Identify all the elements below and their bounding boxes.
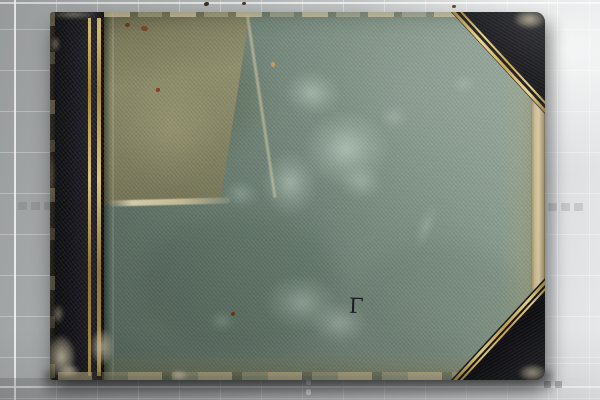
- mat-printed-marking-left: [18, 202, 53, 210]
- album-cover: Γ: [50, 12, 545, 380]
- mat-grid-major-line-top: [0, 2, 600, 4]
- white-stain: [378, 104, 410, 130]
- bottom-edge-wear: [58, 372, 510, 380]
- worn-patch: [51, 36, 60, 52]
- spine-gold-fillet: [88, 18, 91, 376]
- corner-tip-wear: [513, 12, 545, 29]
- mat-grid-major-line-vertical-left: [14, 0, 16, 400]
- mat-grid-major-line-vertical-right: [557, 0, 558, 400]
- white-stain: [223, 180, 259, 208]
- worn-patch: [52, 304, 64, 324]
- worn-patch: [58, 364, 80, 378]
- photo-scene: Γ: [0, 0, 600, 400]
- top-edge-wear: [104, 12, 506, 17]
- hinge-groove: [104, 12, 110, 380]
- hinge-crease-highlight: [112, 12, 114, 380]
- mat-printed-marking-right: [548, 203, 583, 211]
- worn-patch: [170, 370, 188, 380]
- mat-grid-minor-line-bottom-right: [540, 363, 600, 364]
- white-stain: [452, 74, 476, 94]
- spine-gold-fillet: [97, 18, 101, 376]
- spine-leather: [50, 12, 104, 380]
- worn-patch: [90, 328, 114, 366]
- ink-corner-mark: Γ: [349, 296, 364, 317]
- corner-tip-wear: [518, 364, 545, 380]
- white-stain: [338, 164, 384, 200]
